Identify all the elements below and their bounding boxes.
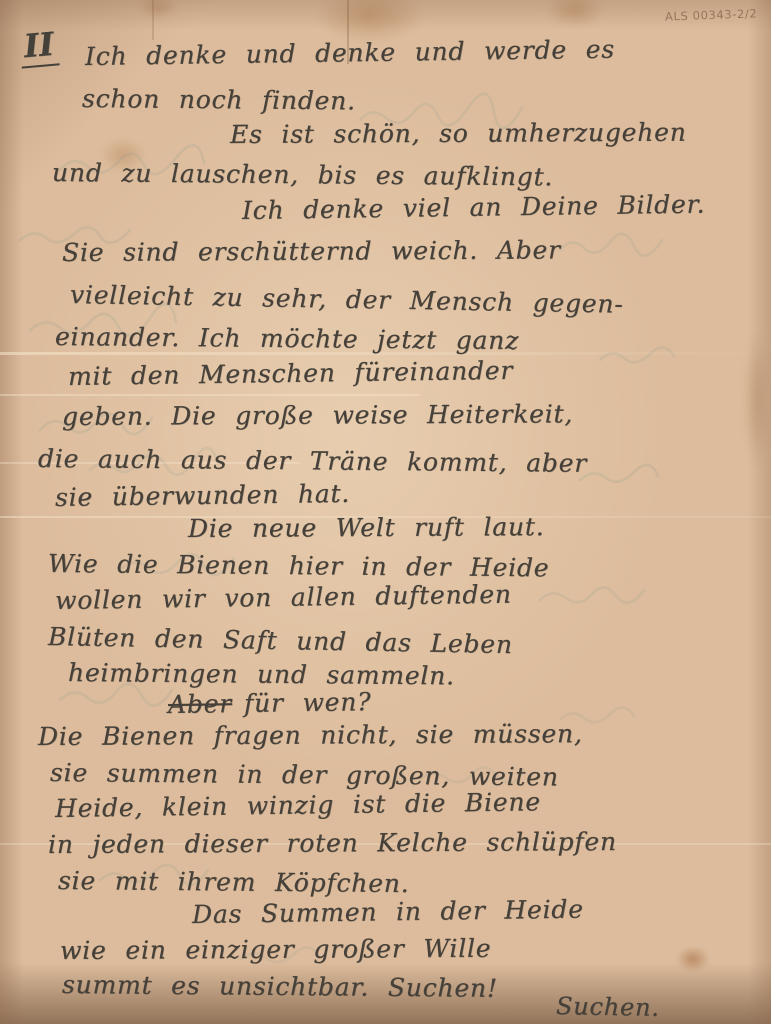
letter-page: ALS 00343-2/2 II Ich denke und denke und… [0, 0, 771, 1024]
foxing-stain [545, 0, 605, 28]
handwritten-line: Es ist schön, so umherzugehen [230, 118, 687, 149]
fold-crease [152, 0, 154, 40]
handwritten-line: Ich denke viel an Deine Bilder. [242, 190, 706, 225]
handwritten-line: Wie die Bienen hier in der Heide [48, 549, 550, 582]
handwritten-line: schon noch finden. [82, 84, 356, 115]
handwritten-text: für wen? [244, 687, 372, 718]
strikethrough-word: Aber [168, 689, 232, 719]
handwritten-line: sie mit ihrem Köpfchen. [58, 866, 410, 898]
handwritten-line: einander. Ich möchte jetzt ganz [55, 322, 519, 355]
handwritten-line: Suchen. [556, 992, 660, 1022]
handwritten-line: heimbringen und sammeln. [68, 658, 455, 690]
handwritten-line: mit den Menschen füreinander [68, 356, 514, 391]
foxing-stain [138, 0, 178, 20]
handwritten-line: Aberfür wen? [168, 687, 372, 719]
handwritten-line: Heide, klein winzig ist die Biene [55, 787, 541, 823]
handwritten-line: die auch aus der Träne kommt, aber [38, 444, 587, 478]
handwritten-line: Die Bienen fragen nicht, sie müssen, [38, 719, 583, 751]
fold-crease [0, 394, 420, 396]
handwritten-line: wie ein einziger großer Wille [60, 934, 492, 965]
catalog-number: ALS 00343-2/2 [665, 6, 758, 23]
foxing-stain [676, 946, 710, 972]
handwritten-line: geben. Die große weise Heiterkeit, [62, 399, 573, 431]
page-number-mark: II [18, 24, 59, 68]
handwritten-line: Sie sind erschütternd weich. Aber [62, 235, 561, 267]
handwritten-line: in jeden dieser roten Kelche schlüpfen [48, 827, 617, 859]
handwritten-line: wollen wir von allen duftenden [55, 580, 512, 615]
handwritten-line: sie überwunden hat. [55, 479, 350, 512]
foxing-stain [742, 330, 771, 470]
handwritten-line: sie summen in der großen, weiten [50, 758, 559, 791]
handwritten-line: summt es unsichtbar. Suchen! [62, 970, 498, 1003]
handwritten-line: vielleicht zu sehr, der Mensch gegen- [70, 280, 624, 319]
handwritten-line: und zu lauschen, bis es aufklingt. [52, 158, 553, 191]
handwritten-line: Das Summen in der Heide [192, 895, 584, 929]
handwritten-line: Blüten den Saft und das Leben [48, 622, 513, 659]
handwritten-line: Ich denke und denke und werde es [85, 35, 615, 71]
handwritten-line: Die neue Welt ruft laut. [188, 512, 545, 543]
